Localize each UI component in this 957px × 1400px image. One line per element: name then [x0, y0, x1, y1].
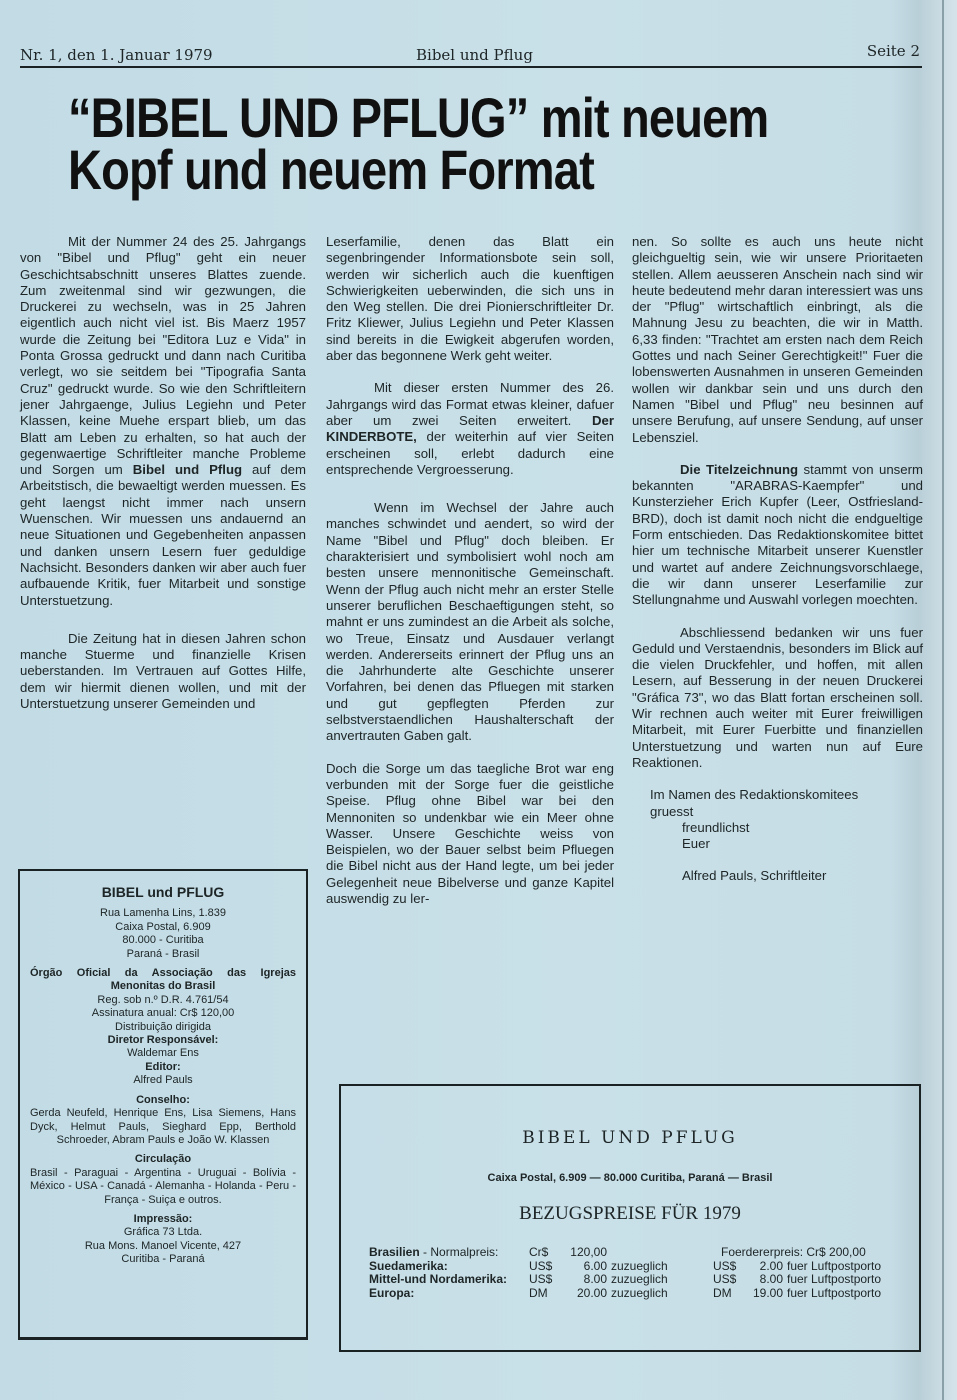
paragraph: Mit der Nummer 24 des 25. Jahrgangs von … — [20, 234, 306, 609]
paragraph: Mit dieser ersten Nummer des 26. Jahrgan… — [326, 380, 614, 478]
article-column-2: Leserfamilie, denen das Blatt ein segenb… — [326, 234, 614, 923]
paragraph: Leserfamilie, denen das Blatt ein segenb… — [326, 234, 614, 364]
imprint-box: BIBEL und PFLUG Rua Lamenha Lins, 1.839 … — [18, 869, 308, 1340]
paragraph: Die Zeitung hat in diesen Jahren schon m… — [20, 631, 306, 712]
imprint-circulation: Brasil - Paraguai - Argentina - Uruguai … — [20, 1167, 306, 1207]
subscription-box: BIBEL UND PFLUG Caixa Postal, 6.909 — 80… — [339, 1084, 921, 1352]
paragraph: Abschliessend bedanken wir uns fuer Gedu… — [632, 625, 923, 772]
imprint-council: Gerda Neufeld, Henrique Ens, Lisa Siemen… — [20, 1107, 306, 1147]
page-header: Nr. 1, den 1. Januar 1979 Bibel und Pflu… — [20, 40, 922, 68]
prices-title: BEZUGSPREISE FÜR 1979 — [341, 1203, 919, 1225]
page-edge — [942, 0, 944, 1400]
price-row: Brasilien - Normalpreis:Cr$120,00Foerder… — [369, 1246, 881, 1260]
headline-line-2: Kopf und neuem Format — [68, 144, 740, 196]
imprint-title: BIBEL und PFLUG — [20, 886, 306, 899]
article-column-1: Mit der Nummer 24 des 25. Jahrgangs von … — [20, 234, 306, 728]
closing: Im Namen des Redaktionskomitees gruesst … — [632, 787, 923, 884]
headline-line-1: “BIBEL UND PFLUG” mit neuem — [68, 92, 740, 144]
article-column-3: nen. So sollte es auch uns heute nicht g… — [632, 234, 923, 885]
subscription-title: BIBEL UND PFLUG — [341, 1128, 919, 1148]
paragraph: Die Titelzeichnung stammt von unserm bek… — [632, 462, 923, 609]
paragraph: nen. So sollte es auch uns heute nicht g… — [632, 234, 923, 446]
price-row: Suedamerika:US$6.00zuzueglichUS$2.00fuer… — [369, 1260, 881, 1274]
signature: Alfred Pauls, Schriftleiter — [650, 868, 923, 884]
paragraph: Doch die Sorge um das taegliche Brot war… — [326, 761, 614, 908]
newspaper-page: Nr. 1, den 1. Januar 1979 Bibel und Pflu… — [0, 0, 957, 1400]
headline: “BIBEL UND PFLUG” mit neuem Kopf und neu… — [68, 92, 740, 196]
page-number: Seite 2 — [867, 42, 920, 60]
subscription-address: Caixa Postal, 6.909 — 80.000 Curitiba, P… — [341, 1172, 919, 1184]
price-row: Mittel-und Nordamerika:US$8.00zuzueglich… — [369, 1273, 881, 1287]
price-table: Brasilien - Normalpreis:Cr$120,00Foerder… — [369, 1246, 881, 1300]
publication-name: Bibel und Pflug — [416, 46, 533, 64]
issue-date: Nr. 1, den 1. Januar 1979 — [20, 46, 213, 64]
imprint-organ: Órgão Oficial da Associação das Igrejas … — [20, 967, 306, 994]
paragraph: Wenn im Wechsel der Jahre auch manches s… — [326, 500, 614, 744]
price-row: Europa:DM20.00zuzueglichDM19.00fuer Luft… — [369, 1287, 881, 1301]
